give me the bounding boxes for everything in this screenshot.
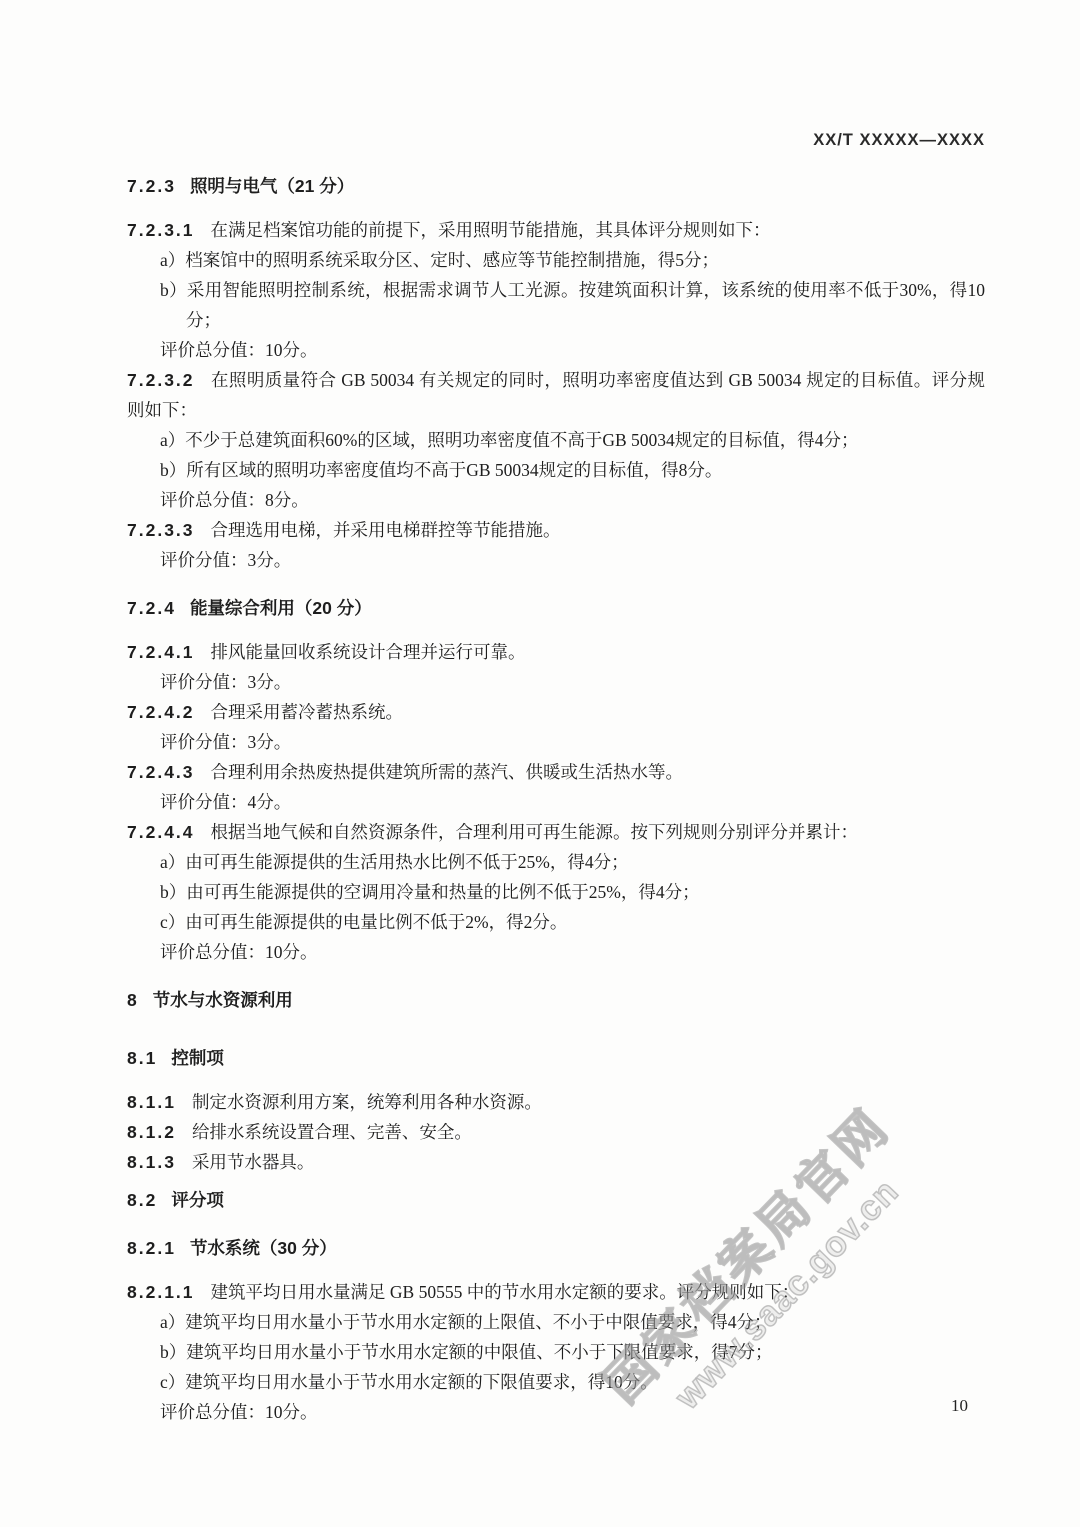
clause-7-2-4-3: 7.2.4.3合理利用余热废热提供建筑所需的蒸汽、供暖或生活热水等。	[127, 757, 985, 787]
clause-number: 7.2.3.2	[127, 370, 195, 390]
list-item-text: b）建筑平均日用水量小于节水用水定额的中限值、不小于下限值要求，得7分；	[160, 1342, 773, 1362]
clause-text: 在照明质量符合 GB 50034 有关规定的同时，照明功率密度值达到 GB 50…	[127, 370, 985, 420]
section-heading-7-2-3: 7.2.3照明与电气（21 分）	[127, 171, 985, 201]
score-line: 评价分值：3分。	[127, 727, 985, 757]
clause-7-2-3-1: 7.2.3.1在满足档案馆功能的前提下，采用照明节能措施，其具体评分规则如下：	[127, 215, 985, 245]
section-number: 8.2.1	[127, 1238, 176, 1258]
section-title: 能量综合利用（20 分）	[190, 598, 372, 618]
clause-8-2-1-1: 8.2.1.1建筑平均日用水量满足 GB 50555 中的节水用水定额的要求。评…	[127, 1277, 985, 1307]
list-item-text: c）由可再生能源提供的电量比例不低于2%，得2分。	[160, 912, 567, 932]
section-heading-8-2: 8.2评分项	[127, 1185, 985, 1215]
section-title: 节水系统（30 分）	[190, 1238, 337, 1258]
chapter-number: 8	[127, 990, 139, 1010]
score-text: 评价分值：3分。	[160, 672, 291, 692]
score-line: 评价分值：3分。	[127, 545, 985, 575]
section-title: 控制项	[171, 1048, 224, 1068]
clause-number: 7.2.4.2	[127, 702, 195, 722]
score-text: 评价总分值：10分。	[160, 1402, 318, 1422]
list-item-b: b）由可再生能源提供的空调用冷量和热量的比例不低于25%，得4分；	[127, 877, 985, 907]
clause-number: 7.2.3.1	[127, 220, 195, 240]
list-item-b: b）建筑平均日用水量小于节水用水定额的中限值、不小于下限值要求，得7分；	[127, 1337, 985, 1367]
list-item-text: c）建筑平均日用水量小于节水用水定额的下限值要求，得10分。	[160, 1372, 658, 1392]
score-line: 评价总分值：10分。	[127, 335, 985, 365]
clause-text: 制定水资源利用方案，统筹利用各种水资源。	[192, 1092, 542, 1112]
list-item-text: a）不少于总建筑面积60%的区域，照明功率密度值不高于GB 50034规定的目标…	[160, 430, 859, 450]
section-number: 8.2	[127, 1190, 157, 1210]
clause-text: 建筑平均日用水量满足 GB 50555 中的节水用水定额的要求。评分规则如下：	[211, 1282, 800, 1302]
score-line: 评价分值：3分。	[127, 667, 985, 697]
clause-7-2-3-2: 7.2.3.2在照明质量符合 GB 50034 有关规定的同时，照明功率密度值达…	[127, 365, 985, 425]
clause-7-2-4-4: 7.2.4.4根据当地气候和自然资源条件，合理利用可再生能源。按下列规则分别评分…	[127, 817, 985, 847]
list-item-text: b）由可再生能源提供的空调用冷量和热量的比例不低于25%，得4分；	[160, 882, 700, 902]
clause-text: 给排水系统设置合理、完善、安全。	[192, 1122, 472, 1142]
section-heading-7-2-4: 7.2.4能量综合利用（20 分）	[127, 593, 985, 623]
score-text: 评价总分值：8分。	[160, 490, 309, 510]
section-number: 8.1	[127, 1048, 157, 1068]
list-item-text: a）建筑平均日用水量小于节水用水定额的上限值、不小于中限值要求，得4分；	[160, 1312, 772, 1332]
clause-text: 合理利用余热废热提供建筑所需的蒸汽、供暖或生活热水等。	[211, 762, 684, 782]
clause-text: 排风能量回收系统设计合理并运行可靠。	[211, 642, 526, 662]
list-item-a: a）由可再生能源提供的生活用热水比例不低于25%，得4分；	[127, 847, 985, 877]
clause-7-2-4-2: 7.2.4.2合理采用蓄冷蓄热系统。	[127, 697, 985, 727]
list-item-text: a）由可再生能源提供的生活用热水比例不低于25%，得4分；	[160, 852, 629, 872]
clause-8-1-2: 8.1.2给排水系统设置合理、完善、安全。	[127, 1117, 985, 1147]
list-item-a: a）不少于总建筑面积60%的区域，照明功率密度值不高于GB 50034规定的目标…	[127, 425, 985, 455]
score-text: 评价总分值：10分。	[160, 340, 318, 360]
section-number: 7.2.4	[127, 598, 176, 618]
clause-7-2-3-3: 7.2.3.3合理选用电梯，并采用电梯群控等节能措施。	[127, 515, 985, 545]
clause-text: 采用节水器具。	[192, 1152, 315, 1172]
list-item-text: a）档案馆中的照明系统采取分区、定时、感应等节能控制措施，得5分；	[160, 250, 719, 270]
section-heading-8-1: 8.1控制项	[127, 1043, 985, 1073]
clause-number: 7.2.4.1	[127, 642, 195, 662]
list-item-b: b）所有区域的照明功率密度值均不高于GB 50034规定的目标值，得8分。	[127, 455, 985, 485]
score-line: 评价总分值：10分。	[127, 937, 985, 967]
list-item-c: c）由可再生能源提供的电量比例不低于2%，得2分。	[127, 907, 985, 937]
chapter-title: 节水与水资源利用	[153, 990, 293, 1010]
list-item-a: a）建筑平均日用水量小于节水用水定额的上限值、不小于中限值要求，得4分；	[127, 1307, 985, 1337]
score-line: 评价总分值：10分。	[127, 1397, 985, 1427]
score-text: 评价分值：3分。	[160, 732, 291, 752]
clause-text: 合理选用电梯，并采用电梯群控等节能措施。	[211, 520, 561, 540]
list-item-text: b）采用智能照明控制系统，根据需求调节人工光源。按建筑面积计算，该系统的使用率不…	[160, 280, 985, 330]
score-text: 评价总分值：10分。	[160, 942, 318, 962]
section-title: 照明与电气（21 分）	[190, 176, 354, 196]
section-number: 7.2.3	[127, 176, 176, 196]
list-item-a: a）档案馆中的照明系统采取分区、定时、感应等节能控制措施，得5分；	[127, 245, 985, 275]
clause-number: 7.2.4.4	[127, 822, 195, 842]
page-number: 10	[951, 1396, 968, 1416]
clause-7-2-4-1: 7.2.4.1排风能量回收系统设计合理并运行可靠。	[127, 637, 985, 667]
clause-text: 根据当地气候和自然资源条件，合理利用可再生能源。按下列规则分别评分并累计：	[211, 822, 859, 842]
standard-code: XX/T XXXXX—XXXX	[813, 131, 985, 150]
list-item-b: b）采用智能照明控制系统，根据需求调节人工光源。按建筑面积计算，该系统的使用率不…	[127, 275, 985, 335]
clause-text: 在满足档案馆功能的前提下，采用照明节能措施，其具体评分规则如下：	[211, 220, 771, 240]
clause-8-1-3: 8.1.3采用节水器具。	[127, 1147, 985, 1177]
section-heading-8-2-1: 8.2.1节水系统（30 分）	[127, 1233, 985, 1263]
score-text: 评价分值：3分。	[160, 550, 291, 570]
score-text: 评价分值：4分。	[160, 792, 291, 812]
score-line: 评价总分值：8分。	[127, 485, 985, 515]
clause-number: 8.2.1.1	[127, 1282, 195, 1302]
clause-8-1-1: 8.1.1制定水资源利用方案，统筹利用各种水资源。	[127, 1087, 985, 1117]
score-line: 评价分值：4分。	[127, 787, 985, 817]
clause-number: 8.1.1	[127, 1092, 176, 1112]
clause-number: 7.2.3.3	[127, 520, 195, 540]
clause-number: 8.1.3	[127, 1152, 176, 1172]
clause-text: 合理采用蓄冷蓄热系统。	[211, 702, 404, 722]
list-item-text: b）所有区域的照明功率密度值均不高于GB 50034规定的目标值，得8分。	[160, 460, 722, 480]
section-title: 评分项	[171, 1190, 224, 1210]
document-body: 7.2.3照明与电气（21 分） 7.2.3.1在满足档案馆功能的前提下，采用照…	[127, 153, 985, 1427]
clause-number: 7.2.4.3	[127, 762, 195, 782]
chapter-heading-8: 8节水与水资源利用	[127, 985, 985, 1015]
list-item-c: c）建筑平均日用水量小于节水用水定额的下限值要求，得10分。	[127, 1367, 985, 1397]
document-page: XX/T XXXXX—XXXX 7.2.3照明与电气（21 分） 7.2.3.1…	[0, 0, 1080, 1527]
clause-number: 8.1.2	[127, 1122, 176, 1142]
